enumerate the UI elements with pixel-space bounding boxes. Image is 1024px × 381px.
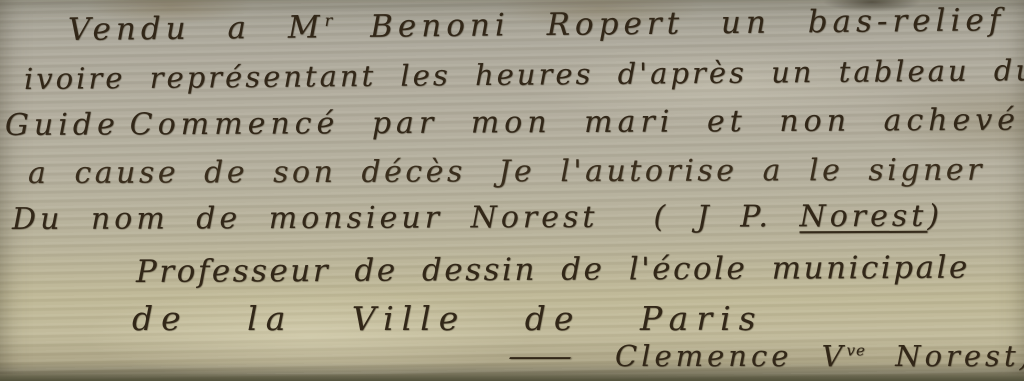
line-6-text: Professeur de dessin de l'école municipa… (136, 250, 970, 290)
line-1-post: Benoni Ropert un bas-relief (333, 2, 1005, 45)
line-5: Du nom de monsieur Norest ( J P. Norest) (12, 199, 943, 237)
line-7-text: de la Ville de Paris (132, 299, 764, 338)
line-4-right: Je l'autorise a le signer (498, 153, 985, 190)
signature-name: Clemence Vve Norest) (615, 339, 1024, 373)
line-1-pre: Vendu a M (68, 9, 325, 48)
paper-bottom-edge (0, 374, 1024, 381)
line-3-rest: Commencé par mon mari et non achevé (130, 103, 1020, 143)
line-3-word-guide: Guide (5, 107, 120, 143)
signature-line: — Clemence Vve Norest) (505, 339, 1024, 373)
line-2: ivoire représentant les heures d'après u… (24, 53, 1024, 96)
line-5-underlined-name: Norest (799, 199, 927, 234)
line-1: Vendu a Mr Benoni Ropert un bas-relief (68, 2, 1006, 48)
manuscript-paper: Vendu a Mr Benoni Ropert un bas-relief i… (0, 0, 1024, 381)
signature-post: Norest) (866, 339, 1024, 373)
line-5-pre: Du nom de monsieur Norest ( J P. (12, 199, 800, 237)
superscript-ve: ve (847, 341, 866, 359)
line-7: de la Ville de Paris (132, 299, 764, 338)
line-4: a cause de son décès Je l'autorise a le … (28, 153, 985, 191)
line-4-left: a cause de son décès (28, 154, 466, 191)
line-3: Guide Commencé par mon mari et non achev… (5, 103, 1020, 143)
line-6: Professeur de dessin de l'école municipa… (136, 250, 970, 290)
signature-pre: Clemence V (615, 339, 847, 373)
line-2-text: ivoire représentant les heures d'après u… (24, 53, 1024, 96)
line-5-close-paren: ) (927, 199, 943, 234)
line-1-text: Vendu a Mr Benoni Ropert un bas-relief (68, 2, 1006, 48)
signature-dash: — (460, 339, 621, 373)
